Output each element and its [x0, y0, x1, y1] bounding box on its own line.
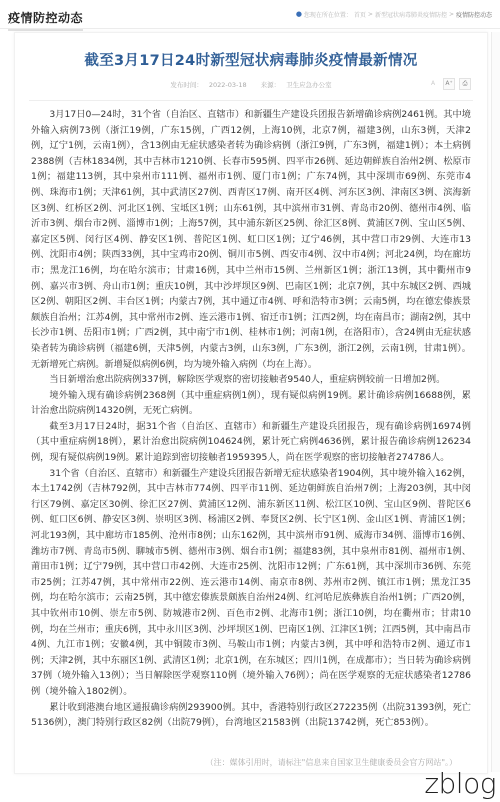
breadcrumb-home[interactable]: 首页: [354, 10, 366, 19]
print-icon[interactable]: ⎙: [459, 78, 471, 90]
citation-note: （注：媒体引用时，请标注"信息来自国家卫生健康委员会官方网站"。）: [15, 757, 487, 768]
breadcrumb: ● 您现在所在位置： 首页 > 新型冠状病毒肺炎疫情防控 > 疫情防控动态: [296, 10, 492, 19]
article-meta: 发布时间：2022-03-18 来源：卫生应急办公室: [15, 78, 487, 92]
font-decrease-button[interactable]: A: [427, 78, 439, 90]
breadcrumb-current[interactable]: 疫情防控动态: [456, 10, 492, 19]
paragraph-hk-macao-taiwan: 累计收到港澳台地区通报确诊病例293900例。其中，香港特别行政区272235例…: [31, 700, 471, 731]
paragraph-imported: 境外输入现有确诊病例2368例（其中重症病例1例），现有疑似病例19例。累计确诊…: [31, 388, 471, 419]
watermark: zblog: [424, 767, 496, 800]
section-title: 疫情防控动态: [8, 9, 83, 31]
page-header: 疫情防控动态 ● 您现在所在位置： 首页 > 新型冠状病毒肺炎疫情防控 > 疫情…: [0, 0, 500, 29]
scrollbar[interactable]: [491, 32, 500, 772]
breadcrumb-separator: >: [368, 11, 373, 18]
article-title: 截至3月17日24时新型冠状病毒肺炎疫情最新情况: [15, 49, 487, 70]
paragraph-cumulative: 截至3月17日24时，据31个省（自治区、直辖市）和新疆生产建设兵团报告，现有确…: [31, 419, 471, 466]
source-label: 来源：: [261, 81, 281, 89]
font-increase-button[interactable]: A⁺: [443, 78, 455, 90]
breadcrumb-prefix: 您现在所在位置：: [304, 10, 352, 19]
article-meta-row: 发布时间：2022-03-18 来源：卫生应急办公室 A A⁺ ⎙: [15, 78, 487, 98]
article-card: 截至3月17日24时新型冠状病毒肺炎疫情最新情况 发布时间：2022-03-18…: [14, 32, 488, 774]
source: 卫生应急办公室: [286, 81, 332, 89]
article-content: 3月17日0—24时，31个省（自治区、直辖市）和新疆生产建设兵团报告新增确诊病…: [15, 101, 487, 731]
paragraph-new-cases: 3月17日0—24时，31个省（自治区、直辖市）和新疆生产建设兵团报告新增确诊病…: [31, 107, 471, 372]
article-tools: A A⁺ ⎙: [427, 78, 471, 90]
publish-label: 发布时间：: [170, 81, 203, 89]
breadcrumb-covid[interactable]: 新型冠状病毒肺炎疫情防控: [375, 10, 447, 19]
paragraph-recovered: 当日新增治愈出院病例337例，解除医学观察的密切接触者9540人，重症病例较前一…: [31, 372, 471, 388]
publish-date: 2022-03-18: [209, 81, 247, 89]
location-pin-icon: ●: [296, 11, 302, 18]
breadcrumb-separator: >: [449, 11, 454, 18]
paragraph-asymptomatic: 31个省（自治区、直辖市）和新疆生产建设兵团报告新增无症状感染者1904例，其中…: [31, 466, 471, 700]
